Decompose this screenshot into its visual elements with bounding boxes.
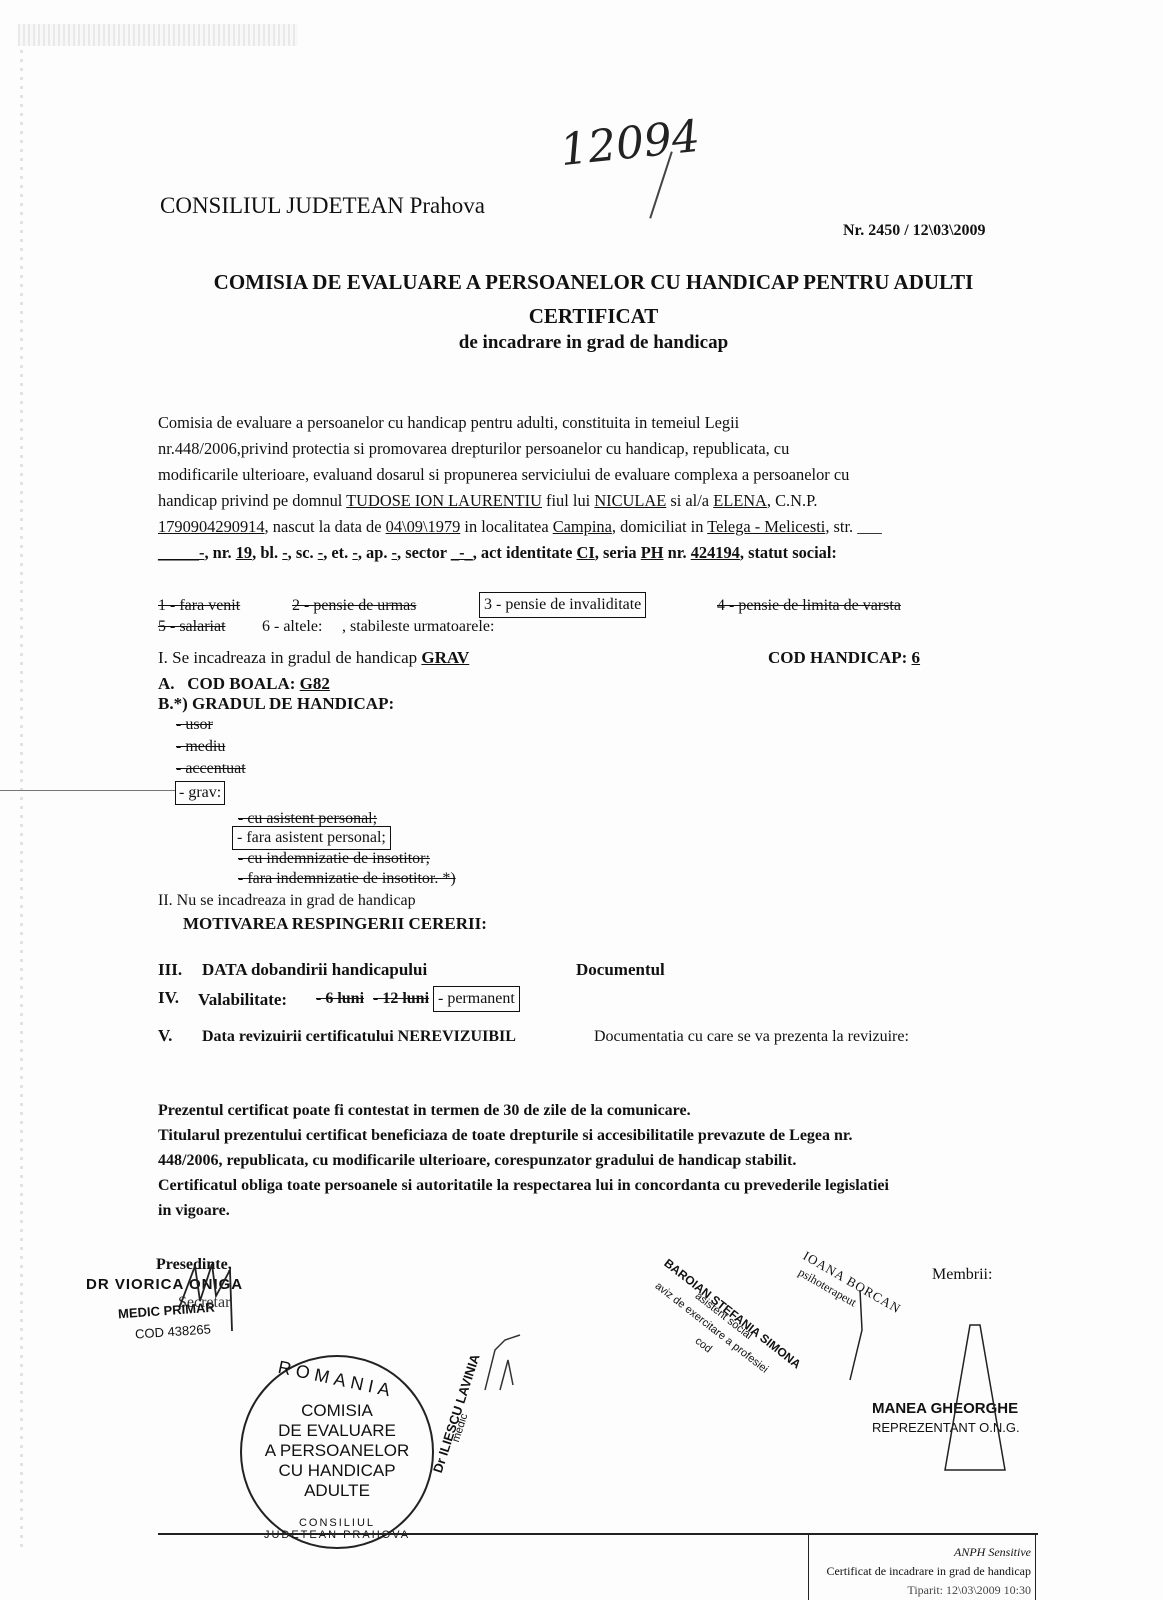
handwritten-number: 12094: [558, 111, 703, 176]
social-status-2: 2 - pensie de urmas: [292, 597, 416, 615]
validity-permanent-selected: - permanent: [433, 986, 520, 1012]
commission-title: COMISIA DE EVALUARE A PERSOANELOR CU HAN…: [12, 270, 1163, 295]
validity-label: Valabilitate:: [198, 990, 287, 1010]
rejection-motivation: MOTIVAREA RESPINGERII CERERII:: [183, 914, 487, 934]
document-subtitle: de incadrare in grad de handicap: [12, 332, 1163, 354]
footer-box: ANPH Sensitive Certificat de incadrare i…: [808, 1535, 1036, 1600]
validity-12-months: - 12 luni: [373, 990, 429, 1008]
scan-noise-top: [18, 24, 298, 46]
validity-6-months: - 6 luni: [316, 990, 364, 1008]
social-status-6: 6 - altele:: [262, 618, 322, 636]
revision-documentation: Documentatia cu care se va prezenta la r…: [594, 1028, 909, 1046]
section-III-document: Documentul: [576, 960, 665, 980]
grav-option-fara-asistent-selected: - fara asistent personal;: [232, 826, 391, 850]
section-I: I. Se incadreaza in gradul de handicap G…: [158, 648, 469, 668]
social-status-1: 1 - fara venit: [158, 597, 240, 615]
closing-line-1: Prezentul certificat poate fi contestat …: [158, 1098, 1038, 1123]
closing-line-3: 448/2006, republicata, cu modificarile u…: [158, 1148, 1038, 1173]
grade-mediu: - mediu: [176, 738, 225, 756]
social-status-3-selected: 3 - pensie de invaliditate: [479, 592, 646, 618]
social-status-5: 5 - salariat: [158, 618, 226, 636]
intro-line-5: 1790904290914, nascut la data de 04\09\1…: [158, 514, 1028, 540]
member2-signature: [840, 1290, 880, 1390]
footer-doc-name: Certificat de incadrare in grad de handi…: [809, 1564, 1035, 1579]
document-title: CERTIFICAT: [12, 304, 1163, 329]
id-type: CI: [577, 543, 595, 562]
grav-option-fara-indemnizatie: - fara indemnizatie de insotitor. *): [238, 870, 456, 888]
seal-top-text: ROMANIA: [276, 1357, 397, 1402]
intro-line-1: Comisia de evaluare a persoanelor cu han…: [158, 410, 1028, 436]
house-number: 19: [236, 543, 252, 562]
handicap-grade: GRAV: [421, 648, 469, 667]
intro-line-4: handicap privind pe domnul TUDOSE ION LA…: [158, 488, 1028, 514]
section-A: A. COD BOALA: G82: [158, 674, 330, 694]
members-label: Membrii:: [932, 1266, 992, 1284]
section-B-title: B.*) GRADUL DE HANDICAP:: [158, 694, 394, 714]
grade-accentuat: - accentuat: [176, 760, 246, 778]
handicap-code-value: 6: [912, 648, 921, 667]
birth-locality: Campina: [553, 517, 612, 536]
section-IV-num: IV.: [158, 988, 179, 1008]
grade-usor: - usor: [176, 716, 213, 734]
doctor-signature: [480, 1330, 530, 1400]
handicap-code: COD HANDICAP: 6: [768, 648, 920, 668]
id-number: 424194: [691, 543, 740, 562]
closing-line-5: in vigoare.: [158, 1198, 1038, 1223]
id-series: PH: [641, 543, 664, 562]
section-III-label: DATA dobandirii handicapului: [202, 960, 427, 980]
person-name: TUDOSE ION LAURENTIU: [346, 491, 542, 510]
social-status-trailing: , stabileste urmatoarele:: [342, 618, 494, 636]
closing-paragraph: Prezentul certificat poate fi contestat …: [158, 1098, 1038, 1223]
member3-signature: [910, 1320, 1030, 1490]
social-status-4: 4 - pensie de limita de varsta: [717, 597, 901, 615]
official-seal: ROMANIA COMISIA DE EVALUARE A PERSOANELO…: [240, 1355, 434, 1549]
intro-line-6: _____-, nr. 19, bl. -, sc. -, et. -, ap.…: [158, 540, 1028, 566]
president-signature: [170, 1256, 260, 1336]
member1-code: cod: [693, 1335, 714, 1355]
doctor-stamp-name: Dr ILIESCU LAVINIA: [430, 1352, 483, 1475]
section-III-num: III.: [158, 960, 182, 980]
revision-date: Data revizuirii certificatului NEREVIZUI…: [202, 1028, 516, 1046]
domicile: Telega - Melicesti: [707, 517, 825, 536]
footer-printed: Tiparit: 12\03\2009 10:30: [809, 1583, 1035, 1598]
section-V-num: V.: [158, 1026, 172, 1046]
organization-name: CONSILIUL JUDETEAN Prahova: [160, 193, 485, 219]
section-II: II. Nu se incadreaza in grad de handicap: [158, 892, 416, 910]
grav-option-cu-indemnizatie: - cu indemnizatie de insotitor;: [238, 850, 430, 868]
intro-line-2: nr.448/2006,privind protectia si promova…: [158, 436, 1028, 462]
closing-line-2: Titularul prezentului certificat benefic…: [158, 1123, 1038, 1148]
disease-code: G82: [300, 674, 330, 693]
footer-classification: ANPH Sensitive: [809, 1545, 1035, 1560]
seal-bottom-text: CONSILIUL JUDETEAN PRAHOVA: [262, 1517, 412, 1541]
intro-paragraph: Comisia de evaluare a persoanelor cu han…: [158, 410, 1028, 566]
seal-center-text: COMISIA DE EVALUARE A PERSOANELOR CU HAN…: [242, 1401, 432, 1501]
birth-date: 04\09\1979: [386, 517, 461, 536]
grade-grav-selected: - grav:: [175, 781, 225, 805]
intro-line-3: modificarile ulterioare, evaluand dosaru…: [158, 462, 1028, 488]
scan-fold-line: [0, 790, 175, 791]
closing-line-4: Certificatul obliga toate persoanele si …: [158, 1173, 1038, 1198]
reference-number: Nr. 2450 / 12\03\2009: [843, 222, 986, 240]
father-name: NICULAE: [594, 491, 666, 510]
mother-name: ELENA: [713, 491, 767, 510]
cnp-value: 1790904290914: [158, 517, 265, 536]
